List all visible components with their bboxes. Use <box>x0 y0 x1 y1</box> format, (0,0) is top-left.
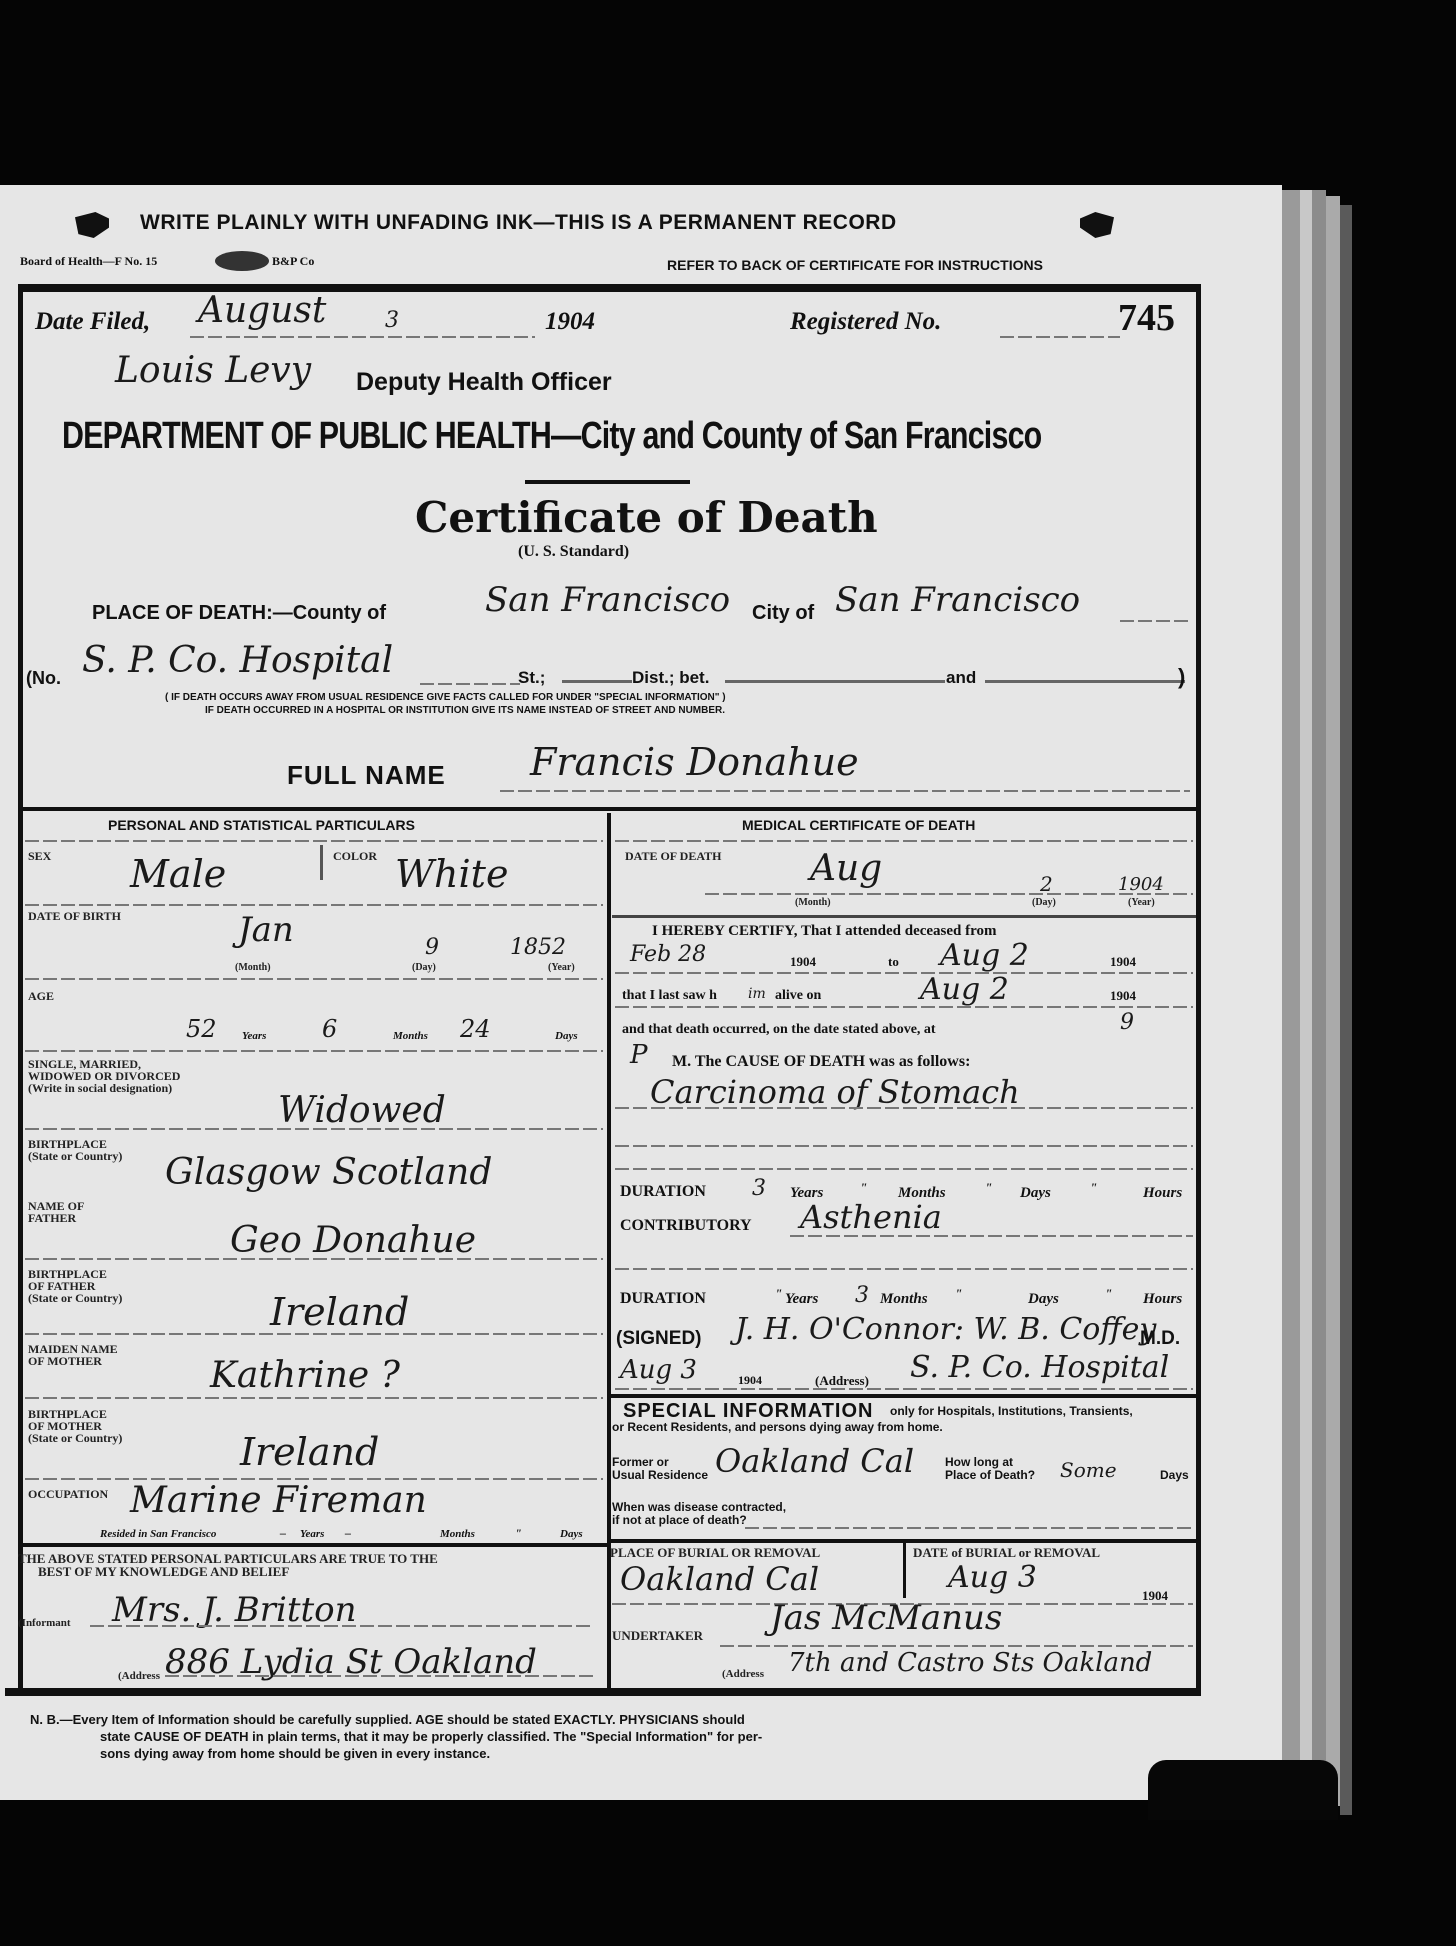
contributory-value[interactable]: Asthenia <box>800 1198 942 1236</box>
age-years-label: Years <box>242 1030 266 1042</box>
duration2-days-label: Days <box>1028 1291 1059 1308</box>
father-bp-row-rule <box>25 1333 603 1335</box>
occurred-text: and that death occurred, on the date sta… <box>622 1022 936 1038</box>
city-value[interactable]: San Francisco <box>835 580 1080 620</box>
street-underline <box>420 683 520 685</box>
st-label: St.; <box>518 668 545 688</box>
page-edge-strip <box>1282 190 1300 1800</box>
father-value[interactable]: Geo Donahue <box>230 1220 476 1261</box>
cause-underline-1 <box>615 1107 1193 1109</box>
scanner-shadow <box>1148 1760 1338 1820</box>
resided-label: Resided in San Francisco <box>100 1528 216 1540</box>
signed-label: (SIGNED) <box>616 1328 702 1350</box>
resided-years-label: Years <box>300 1528 324 1540</box>
and-label: and <box>946 668 976 688</box>
date-filed-underline <box>190 336 535 338</box>
sex-label: SEX <box>28 850 51 862</box>
department-title: DEPARTMENT OF PUBLIC HEALTH—City and Cou… <box>62 415 1041 458</box>
duration2-hours-label: Hours <box>1143 1291 1182 1308</box>
mother-row-rule <box>25 1397 603 1399</box>
contributory-label: CONTRIBUTORY <box>620 1217 752 1235</box>
dod-row-rule <box>612 915 1196 918</box>
page-edge-strip <box>1312 190 1326 1800</box>
last-saw-year: 1904 <box>1110 988 1136 1004</box>
marital-value[interactable]: Widowed <box>278 1090 446 1131</box>
undertaker-underline <box>720 1645 1193 1647</box>
duration2-months[interactable]: 3 <box>855 1283 869 1308</box>
duration2-label: DURATION <box>620 1290 706 1308</box>
informant-label: (Informant <box>18 1617 71 1629</box>
father-label-2: FATHER <box>28 1212 76 1224</box>
resided-months-label: Months <box>440 1528 475 1540</box>
box-right-rule <box>1196 284 1201 1694</box>
personal-heading-rule <box>25 840 603 842</box>
time-ampm[interactable]: P <box>630 1040 648 1070</box>
cause-underline-3 <box>615 1168 1193 1170</box>
full-name-value[interactable]: Francis Donahue <box>530 740 859 784</box>
place-note-2: IF DEATH OCCURRED IN A HOSPITAL OR INSTI… <box>205 705 725 716</box>
to-label: to <box>888 954 899 970</box>
resided-days[interactable]: " <box>515 1526 522 1541</box>
nb-line-1: N. B.—Every Item of Information should b… <box>30 1712 745 1727</box>
occupation-label: OCCUPATION <box>28 1488 108 1500</box>
officer-title: Deputy Health Officer <box>356 368 612 397</box>
dod-month-caption: (Month) <box>795 897 831 909</box>
mother-value[interactable]: Kathrine ? <box>210 1355 400 1396</box>
how-long-value[interactable]: Some <box>1060 1458 1117 1482</box>
duration2-years-label: Years <box>785 1291 818 1308</box>
signed-address[interactable]: S. P. Co. Hospital <box>910 1350 1169 1385</box>
attended-from[interactable]: Feb 28 <box>630 942 706 967</box>
color-label: COLOR <box>333 850 377 862</box>
duration1-label: DURATION <box>620 1183 706 1201</box>
dod-label: DATE OF DEATH <box>625 850 721 862</box>
duration2-months-label: Months <box>880 1291 928 1308</box>
duration2-years[interactable]: " <box>775 1286 782 1302</box>
date-filed-label: Date Filed, <box>35 308 150 336</box>
union-seal-icon <box>215 251 269 271</box>
attended-to-year: 1904 <box>1110 954 1136 970</box>
duration1-days[interactable]: " <box>985 1180 992 1196</box>
age-months[interactable]: 6 <box>322 1015 337 1043</box>
how-long-label-2: Place of Death? <box>945 1468 1035 1482</box>
signed-address-label: (Address) <box>815 1373 869 1389</box>
how-long-label-1: How long at <box>945 1455 1013 1469</box>
banner-text: WRITE PLAINLY WITH UNFADING INK—THIS IS … <box>140 211 897 235</box>
officer-signature[interactable]: Louis Levy <box>115 350 311 391</box>
printer-mark: B&P Co <box>272 254 314 269</box>
age-days[interactable]: 24 <box>460 1015 491 1043</box>
dob-day[interactable]: 9 <box>425 935 439 960</box>
attended-from-year: 1904 <box>790 954 816 970</box>
date-filed-year: 1904 <box>545 308 595 336</box>
sex-color-divider <box>320 845 323 880</box>
dist-label: Dist.; bet. <box>632 668 709 688</box>
attended-to[interactable]: Aug 2 <box>940 938 1029 973</box>
full-name-label: FULL NAME <box>287 760 446 791</box>
page-edge-strip <box>1340 205 1352 1815</box>
birthplace-label-2: (State or Country) <box>28 1150 122 1162</box>
signed-year: 1904 <box>738 1373 762 1388</box>
duration2-hours[interactable]: " <box>1105 1286 1112 1302</box>
age-row-rule <box>25 1050 603 1052</box>
burial-date-year: 1904 <box>1142 1588 1168 1604</box>
box-left-rule <box>18 284 23 1694</box>
marital-row-rule <box>25 1128 603 1130</box>
informant-address-underline <box>165 1675 595 1677</box>
page-edge-strip <box>1326 196 1340 1806</box>
color-value[interactable]: White <box>395 852 508 896</box>
resided-years[interactable]: – <box>280 1526 286 1541</box>
occupation-value[interactable]: Marine Fireman <box>130 1480 427 1521</box>
signed-address-underline <box>615 1388 1193 1390</box>
box-top-rule <box>18 284 1201 292</box>
contracted-label-1: When was disease contracted, <box>612 1500 786 1514</box>
dob-month-caption: (Month) <box>235 962 271 974</box>
burial-place-label: PLACE OF BURIAL OR REMOVAL <box>610 1547 820 1559</box>
dob-year[interactable]: 1852 <box>510 935 566 960</box>
duration1-years[interactable]: 3 <box>752 1176 766 1201</box>
dod-underline <box>705 893 1193 895</box>
cause-text: M. The CAUSE OF DEATH was as follows: <box>672 1053 970 1071</box>
page-edge-strip <box>1300 190 1312 1800</box>
mother-label-2: OF MOTHER <box>28 1355 102 1367</box>
paren-close: ) <box>1178 664 1185 690</box>
certificate-title: Certificate of Death <box>415 493 878 542</box>
informant-value[interactable]: Mrs. J. Britton <box>112 1590 357 1630</box>
attended-underline <box>615 972 1193 974</box>
column-divider <box>607 813 611 1693</box>
instructions-note: REFER TO BACK OF CERTIFICATE FOR INSTRUC… <box>667 257 1043 273</box>
registered-label: Registered No. <box>790 308 941 336</box>
sex-value[interactable]: Male <box>130 852 226 896</box>
last-saw-date[interactable]: Aug 2 <box>920 972 1009 1007</box>
dob-year-caption: (Year) <box>548 962 575 974</box>
last-saw-pronoun[interactable]: im <box>748 986 766 1002</box>
burial-date-label: DATE of BURIAL or REMOVAL <box>913 1547 1100 1559</box>
burial-place-value[interactable]: Oakland Cal <box>620 1560 819 1598</box>
dod-month[interactable]: Aug <box>810 848 882 889</box>
sex-row-rule <box>25 904 603 906</box>
form-id: Board of Health—F No. 15 <box>20 254 157 269</box>
institution-value[interactable]: S. P. Co. Hospital <box>82 640 393 681</box>
resided-months[interactable]: – <box>345 1526 351 1541</box>
marital-label-3: (Write in social designation) <box>28 1082 172 1094</box>
medical-bottom-rule <box>609 1394 1197 1398</box>
dod-year-caption: (Year) <box>1128 897 1155 909</box>
former-label-1: Former or <box>612 1455 669 1469</box>
md-label: M.D. <box>1140 1328 1180 1350</box>
date-filed-month[interactable]: August <box>198 290 326 331</box>
birthplace-value[interactable]: Glasgow Scotland <box>165 1152 492 1193</box>
signed-by[interactable]: J. H. O'Connor: W. B. Coffey <box>735 1312 1156 1347</box>
contracted-label-2: if not at place of death? <box>612 1513 747 1527</box>
box-bottom-rule <box>5 1688 1201 1696</box>
medical-heading-rule <box>615 840 1193 842</box>
full-name-underline <box>500 790 1190 792</box>
signed-date[interactable]: Aug 3 <box>620 1355 697 1385</box>
attest-line-2: BEST OF MY KNOWLEDGE AND BELIEF <box>38 1566 289 1578</box>
father-bp-label-3: (State or Country) <box>28 1292 122 1304</box>
former-residence[interactable]: Oakland Cal <box>715 1442 914 1480</box>
cause-underline-2 <box>615 1145 1193 1147</box>
last-saw-text-b: alive on <box>775 988 821 1004</box>
registered-underline <box>1000 336 1120 338</box>
undertaker-address[interactable]: 7th and Castro Sts Oakland <box>788 1648 1152 1678</box>
duration1-hours-label: Hours <box>1143 1185 1182 1202</box>
burial-date-value[interactable]: Aug 3 <box>948 1560 1037 1595</box>
resided-days-label: Days <box>560 1528 583 1540</box>
duration1-days-label: Days <box>1020 1185 1051 1202</box>
last-saw-underline <box>615 1006 1193 1008</box>
mother-birthplace-value[interactable]: Ireland <box>240 1430 379 1474</box>
special-heading-note: only for Hospitals, Institutions, Transi… <box>890 1404 1133 1418</box>
contracted-underline <box>745 1527 1193 1529</box>
title-divider <box>525 480 690 484</box>
dob-day-caption: (Day) <box>412 962 436 974</box>
bet-line <box>725 680 945 683</box>
dob-row-rule <box>25 978 603 980</box>
duration2-days[interactable]: " <box>955 1286 962 1302</box>
dod-day-caption: (Day) <box>1032 897 1056 909</box>
time-hour[interactable]: 9 <box>1120 1010 1134 1035</box>
contributory-underline <box>790 1235 1193 1237</box>
place-of-death-label: PLACE OF DEATH:—County of <box>92 602 386 625</box>
father-birthplace-value[interactable]: Ireland <box>270 1290 409 1334</box>
and-line <box>985 680 1185 683</box>
informant-underline <box>90 1625 590 1627</box>
how-long-days-label: Days <box>1160 1468 1189 1482</box>
cause-value[interactable]: Carcinoma of Stomach <box>650 1073 1020 1111</box>
age-label: AGE <box>28 990 54 1002</box>
contributory-underline-2 <box>615 1268 1193 1270</box>
date-filed-day[interactable]: 3 <box>385 308 399 333</box>
dod-year[interactable]: 1904 <box>1118 874 1164 895</box>
personal-bottom-rule <box>20 1543 608 1547</box>
personal-heading: PERSONAL AND STATISTICAL PARTICULARS <box>108 817 415 833</box>
nb-line-3: sons dying away from home should be give… <box>100 1746 490 1761</box>
former-label-2: Usual Residence <box>612 1468 708 1482</box>
medical-heading: MEDICAL CERTIFICATE OF DEATH <box>742 817 975 833</box>
undertaker-label: UNDERTAKER <box>612 1630 703 1642</box>
dob-month[interactable]: Jan <box>238 910 294 950</box>
burial-divider <box>903 1543 906 1598</box>
registered-number[interactable]: 745 <box>1118 296 1175 340</box>
dist-line <box>562 680 632 683</box>
nb-line-2: state CAUSE OF DEATH in plain terms, tha… <box>100 1729 762 1744</box>
informant-address-label: (Address <box>118 1670 160 1682</box>
place-note-1: ( IF DEATH OCCURS AWAY FROM USUAL RESIDE… <box>165 692 726 703</box>
dob-label: DATE OF BIRTH <box>28 910 121 922</box>
county-value[interactable]: San Francisco <box>485 580 730 620</box>
duration1-months[interactable]: " <box>860 1180 867 1196</box>
special-heading-note-2: or Recent Residents, and persons dying a… <box>612 1420 943 1434</box>
last-saw-text-a: that I last saw h <box>622 988 717 1004</box>
age-days-label: Days <box>555 1030 578 1042</box>
age-months-label: Months <box>393 1030 428 1042</box>
undertaker-address-label: (Address <box>722 1668 764 1680</box>
duration1-hours[interactable]: " <box>1090 1180 1097 1196</box>
us-standard: (U. S. Standard) <box>518 543 629 561</box>
mother-bp-label-3: (State or Country) <box>28 1432 122 1444</box>
section-top-rule <box>20 807 1198 811</box>
father-row-rule <box>25 1258 603 1260</box>
city-underline <box>1120 620 1190 622</box>
undertaker-value[interactable]: Jas McManus <box>770 1598 1002 1638</box>
city-label: City of <box>752 602 814 625</box>
no-label: (No. <box>26 668 61 689</box>
age-years[interactable]: 52 <box>186 1015 217 1043</box>
